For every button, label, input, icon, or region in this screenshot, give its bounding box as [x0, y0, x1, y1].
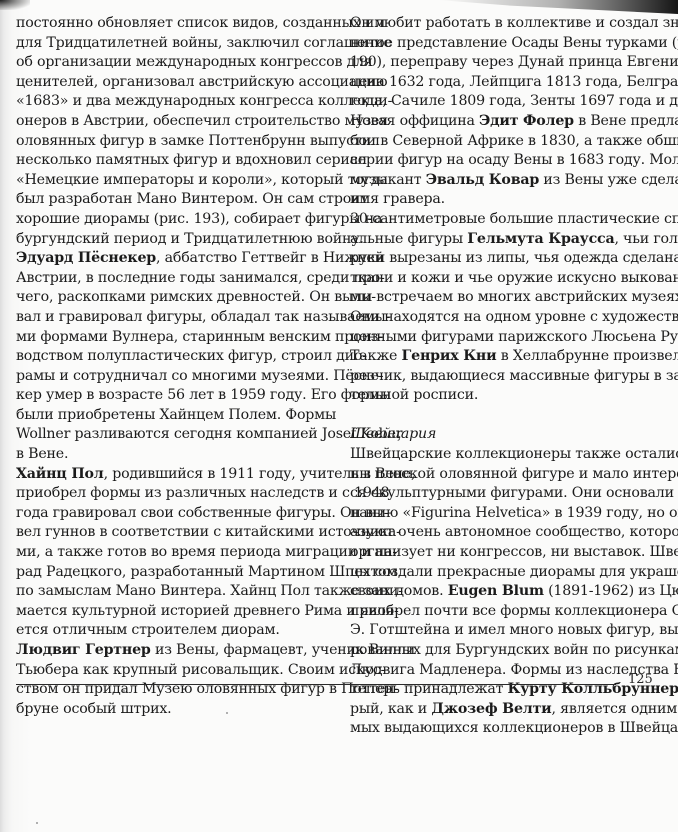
paragraph-fohler: Новая оффицина Эдит Фолер в Вене предлаг… [350, 112, 662, 132]
text-line: Людвига Мадленера. Формы из наследства Б… [350, 661, 662, 681]
paragraph-peschnecker: Эдуард Пёснекер, аббатство Геттвейг в Ни… [16, 249, 338, 269]
text-line: мается культурной историей древнего Рима… [16, 602, 338, 622]
text-line: «Немецкие императоры и короли», который … [16, 171, 338, 191]
text-line: Они находятся на одном уровне с художест… [350, 308, 662, 328]
text-line: ны плоской оловянной фигуре и мало интер… [350, 465, 662, 485]
text-line: мых выдающихся коллекционеров в Швейцари… [350, 719, 662, 739]
scan-shadow-top-right [438, 0, 678, 14]
text-line: вел гуннов в соответствии с китайскими и… [16, 523, 338, 543]
scan-speck [123, 690, 125, 692]
text-line: Э. Готштейна и имел много новых фигур, в… [350, 621, 662, 641]
text-line: рованных для Бургундских войн по рисунка… [350, 641, 662, 661]
text-line: постоянно обновляет список видов, создан… [16, 14, 338, 34]
text-line: по замыслам Мано Винтера. Хайнц Пол такж… [16, 582, 338, 602]
text-line: Австрии, в последние годы занимался, сре… [16, 269, 338, 289]
text-line: имя гравера. [350, 190, 662, 210]
right-column: Он любит работать в коллективе и создал … [350, 14, 662, 739]
text-line: онеров в Австрии, обеспечил строительств… [16, 112, 338, 132]
section-heading-switzerland: Швейцария [350, 425, 662, 445]
text-line: бруне особый штрих. [16, 700, 338, 720]
text-line: цы создали прекрасные диорамы для украше… [350, 563, 662, 583]
text-line-kovar: музыкант Эвальд Ковар из Вены уже сделал… [350, 171, 662, 191]
text-line: был разработан Мано Винтером. Он сам стр… [16, 190, 338, 210]
text-line: года гравировал свои собственные фигуры.… [16, 504, 338, 524]
scan-speck [36, 822, 38, 824]
scan-shadow-top-left [0, 0, 30, 10]
text-line: 190), переправу через Дунай принца Евген… [350, 53, 662, 73]
text-line: хорошие диорамы (рис. 193), собирает фиг… [16, 210, 338, 230]
text-line: руки вырезаны из липы, чья одежда сделан… [350, 249, 662, 269]
text-line: рад Радецкого, разработанный Мартином Шп… [16, 563, 338, 583]
text-line: приобрел формы из различных наследств и … [16, 484, 338, 504]
text-line-blum: своих домов. Eugen Blum (1891-1962) из Ц… [350, 582, 662, 602]
person-name: Гельмута Краусса [467, 231, 614, 247]
text-line: мы встречаем во многих австрийских музея… [350, 288, 662, 308]
person-name: Хайнц Пол [16, 466, 104, 482]
text-line: Он любит работать в коллективе и создал … [350, 14, 662, 34]
paragraph-krauss: 30-сантиметровые большие пластические сп… [350, 210, 662, 230]
text-line: кер умер в возрасте 56 лет в 1959 году. … [16, 386, 338, 406]
text-line: «1683» и два международных конгресса кол… [16, 92, 338, 112]
paragraph-gertner: Людвиг Гертнер из Вены, фармацевт, учени… [16, 641, 338, 661]
text-line: водством полупластических фигур, строил … [16, 347, 338, 367]
text-line: организует ни конгрессов, ни выставок. Ш… [350, 543, 662, 563]
text-line: ткани и кожи и чье оружие искусно выкова… [350, 269, 662, 289]
text-line-krauss: альные фигуры Гельмута Краусса, чьи голо… [350, 230, 662, 250]
text-line: ценителей, организовал австрийскую ассоц… [16, 73, 338, 93]
person-name: Эдит Фолер [479, 113, 574, 129]
text-line: ми, а также готов во время периода мигра… [16, 543, 338, 563]
person-name: Эдуард Пёснекер [16, 250, 156, 266]
person-name: Eugen Blum [448, 583, 544, 599]
text-line: Швейцарские коллекционеры также остались… [350, 445, 662, 465]
text-line: резчик, выдающиеся массивные фигуры в за… [350, 367, 662, 387]
paragraph-gap [350, 406, 662, 426]
text-line: в Вене. [16, 445, 338, 465]
person-name: Джозеф Велти [431, 701, 551, 717]
text-line: вал и гравировал фигуры, обладал так наз… [16, 308, 338, 328]
page-number: 125 [628, 672, 653, 687]
text-line: ценными фигурами парижского Люсьена Русс… [350, 328, 662, 348]
left-column: постоянно обновляет список видов, создан… [16, 14, 338, 719]
footer-rule [16, 684, 616, 685]
text-line: приобрел почти все формы коллекционера О… [350, 602, 662, 622]
person-name: Генрих Кни [402, 348, 497, 364]
text-line: об организации международных конгрессов … [16, 53, 338, 73]
text-line: рамы и сотрудничал со многими музеями. П… [16, 367, 338, 387]
text-line: Wollner разливаются сегодня компанией Jo… [16, 425, 338, 445]
scanned-page: постоянно обновляет список видов, создан… [0, 0, 678, 832]
text-line: азуют очень автономное сообщество, котор… [350, 523, 662, 543]
text-line: года, Сачиле 1809 года, Зенты 1697 года … [350, 92, 662, 112]
text-line: ся скульптурными фигурами. Они основали … [350, 484, 662, 504]
text-line: были приобретены Хайнцем Полем. Формы [16, 406, 338, 426]
text-line: бои в Северной Африке в 1830, а также об… [350, 132, 662, 152]
text-line: несколько памятных фигур и вдохновил сер… [16, 151, 338, 171]
person-name: Людвиг Гертнер [16, 642, 151, 658]
text-line: нитое представление Осады Вены турками (… [350, 34, 662, 54]
text-line: бургундский период и Тридцатилетнюю войн… [16, 230, 338, 250]
text-line: Тьюбера как крупный рисовальщик. Своим и… [16, 661, 338, 681]
text-line: серии фигур на осаду Вены в 1683 году. М… [350, 151, 662, 171]
text-line: чего, раскопками римских древностей. Он … [16, 288, 338, 308]
text-line: для Тридцатилетней войны, заключил согла… [16, 34, 338, 54]
text-line: ется отличным строителем диорам. [16, 621, 338, 641]
paragraph-pol: Хайнц Пол, родившийся в 1911 году, учите… [16, 465, 338, 485]
text-line: тельной росписи. [350, 386, 662, 406]
scan-speck [226, 712, 228, 714]
text-line: панию «Figurina Helvetica» в 1939 году, … [350, 504, 662, 524]
text-line: оловянных фигур в замке Поттенбрунн выпу… [16, 132, 338, 152]
text-line: ми формами Вулнера, старинным венским пр… [16, 328, 338, 348]
text-line: цена 1632 года, Лейпцига 1813 года, Белг… [350, 73, 662, 93]
text-line-kni: Также Генрих Кни в Хеллабрунне произвел,… [350, 347, 662, 367]
person-name: Эвальд Ковар [426, 172, 539, 188]
text-line-welti: рый, как и Джозеф Велти, является одним … [350, 700, 662, 720]
